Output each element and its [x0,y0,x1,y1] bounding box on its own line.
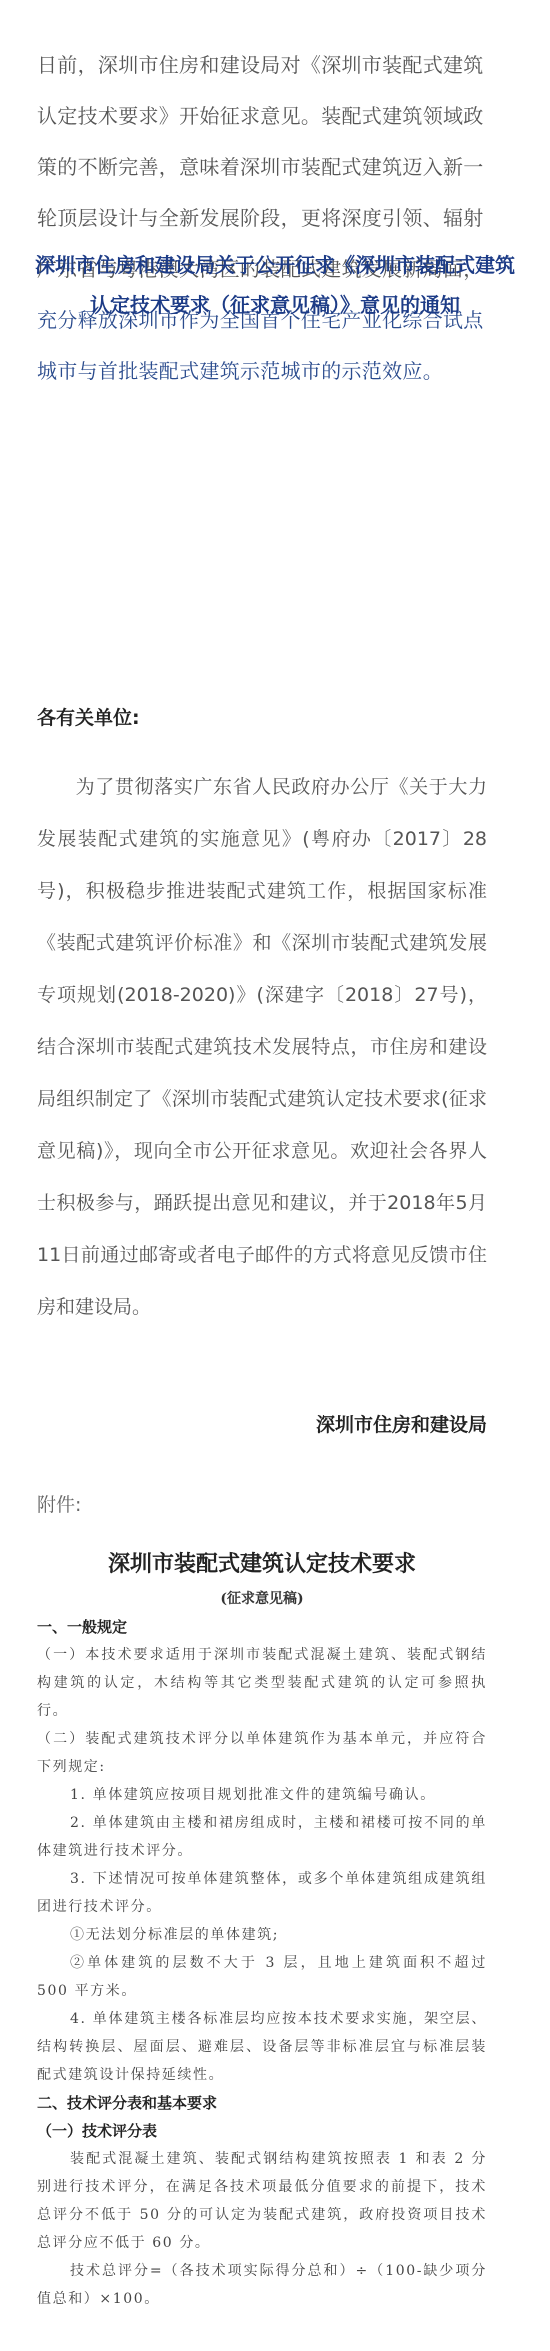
signature: 深圳市住房和建设局 [316,1410,487,1437]
attachment-subtitle: (征求意见稿) [37,1585,487,1613]
intro-paragraph: 日前，深圳市住房和建设局对《深圳市装配式建筑认定技术要求》开始征求意见。装配式建… [37,40,487,397]
item-3: 3. 下述情况可按单体建筑整体，或多个单体建筑组成建筑组团进行技术评分。 [37,1865,487,1921]
item-4: 4. 单体建筑主楼各标准层均应按本技术要求实施，架空层、结构转换层、屋面层、避难… [37,2005,487,2089]
item-3a: ①无法划分标准层的单体建筑; [37,1921,487,1949]
subsection-heading: （一）技术评分表 [37,2117,487,2145]
clause-1: （一）本技术要求适用于深圳市装配式混凝土建筑、装配式钢结构建筑的认定，木结构等其… [37,1641,487,1725]
clause-2: （二）装配式建筑技术评分以单体建筑作为基本单元，并应符合下列规定: [37,1725,487,1781]
attachment-document: 深圳市装配式建筑认定技术要求 (征求意见稿) 一、一般规定 （一）本技术要求适用… [37,1545,487,2313]
item-3b: ②单体建筑的层数不大于 3 层，且地上建筑面积不超过 500 平方米。 [37,1949,487,2005]
formula-paragraph: 技术总评分=（各技术项实际得分总和）÷（100-缺少项分值总和）×100。 [37,2257,487,2313]
item-2: 2. 单体建筑由主楼和裙房组成时，主楼和裙楼可按不同的单体建筑进行技术评分。 [37,1809,487,1865]
section-heading-1: 一、一般规定 [37,1613,487,1641]
attachment-label: 附件: [37,1490,81,1517]
notice-body-text: 为了贯彻落实广东省人民政府办公厅《关于大力发展装配式建筑的实施意见》(粤府办〔2… [37,776,487,1318]
attachment-title: 深圳市装配式建筑认定技术要求 [37,1545,487,1585]
scoring-paragraph: 装配式混凝土建筑、装配式钢结构建筑按照表 1 和表 2 分别进行技术评分，在满足… [37,2145,487,2257]
item-1: 1. 单体建筑应按项目规划批准文件的建筑编号确认。 [37,1781,487,1809]
notice-title: 深圳市住房和建设局关于公开征求《深圳市装配式建筑认定技术要求（征求意见稿）》意见… [30,245,520,325]
notice-body: 为了贯彻落实广东省人民政府办公厅《关于大力发展装配式建筑的实施意见》(粤府办〔2… [37,761,487,1333]
section-heading-2: 二、技术评分表和基本要求 [37,2089,487,2117]
salutation: 各有关单位: [37,703,140,730]
